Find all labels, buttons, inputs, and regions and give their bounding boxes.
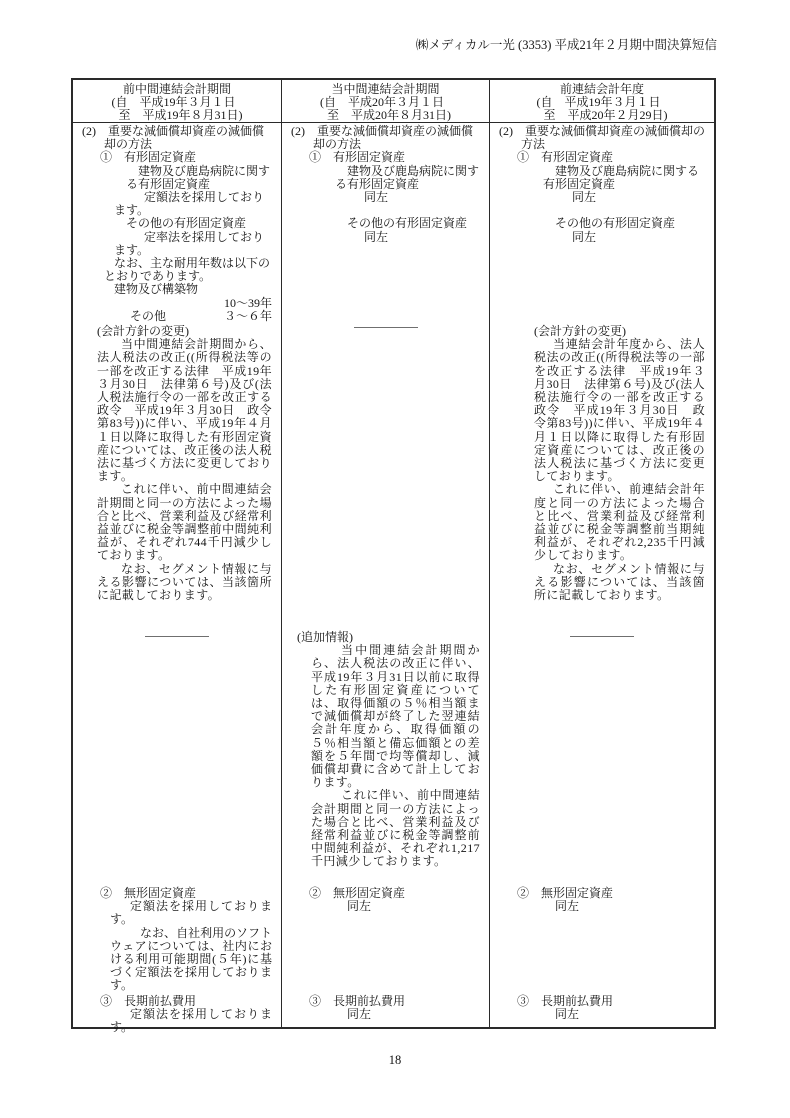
accounting-policy-table: 前中間連結会計期間 (自 平成19年３月１日 至 平成19年８月31日) 当中間… <box>71 78 716 1029</box>
document-page: ㈱メディカル一光 (3353) 平成21年２月期中間決算短信 前中間連結会計期間… <box>0 0 790 1118</box>
other-asset-label: その他の有形固定資産 <box>82 217 272 230</box>
item3-same-as-left: 同左 <box>499 1008 705 1021</box>
useful-life-row2: その他 ３～６年 <box>82 310 272 323</box>
intangible-assets-section: ② 無形固定資産 同左 <box>291 887 480 913</box>
item2-label: ② 無形固定資産 <box>309 887 480 900</box>
useful-life-row1-label: 建物及び構築物 <box>82 283 272 296</box>
longterm-prepaid-section: ③ 長期前払費用 定額法を採用しております。 <box>82 995 272 1035</box>
useful-life-note: なお、主な耐用年数は以下のとおりであります。 <box>82 257 272 283</box>
table-header-row: 前中間連結会計期間 (自 平成19年３月１日 至 平成19年８月31日) 当中間… <box>73 80 714 123</box>
period-dates: (自 平成20年３月１日 至 平成20年８月31日) <box>320 96 451 122</box>
policy-change-section: (会計方針の変更) 当連結会計年度から、法人税法の改正((所得税法等の一部を改正… <box>499 325 705 602</box>
additional-info-section: (追加情報) 当中間連結会計期間から、法人税法の改正に伴い、平成19年３月31日… <box>291 631 480 869</box>
period-date-to: 至 平成19年８月31日) <box>112 109 243 122</box>
column-header-prior-interim: 前中間連結会計期間 (自 平成19年３月１日 至 平成19年８月31日) <box>73 80 282 122</box>
period-dates: (自 平成19年３月１日 至 平成19年８月31日) <box>112 96 243 122</box>
cell-current-interim: (2) 重要な減価償却資産の減価償却の方法 ① 有形固定資産 建物及び鹿島病院に… <box>282 123 490 1027</box>
intangible-assets-section: ② 無形固定資産 同左 <box>499 887 705 913</box>
period-date-to: 至 平成20年８月31日) <box>320 109 451 122</box>
policy-change-paragraph-2: これに伴い、前連結会計年度と同一の方法によった場合と比べ、営業利益及び経常利益並… <box>499 483 705 562</box>
section-heading: (2) 重要な減価償却資産の減価償却の方法 <box>499 125 705 151</box>
policy-change-paragraph-2: これに伴い、前中間連結会計期間と同一の方法によった場合と比べ、営業利益及び経常利… <box>82 483 272 562</box>
building-asset-label: 建物及び鹿島病院に関する有形固定資産 <box>499 165 705 191</box>
other-asset-label: その他の有形固定資産 <box>291 217 480 230</box>
section-divider <box>145 636 209 637</box>
item1-label: ① 有形固定資産 <box>100 151 272 164</box>
section-divider <box>570 636 634 637</box>
document-header-title: ㈱メディカル一光 (3353) 平成21年２月期中間決算短信 <box>0 39 717 52</box>
other-asset-same-as-left: 同左 <box>291 231 480 244</box>
page-number: 18 <box>0 1054 790 1067</box>
other-asset-label: その他の有形固定資産 <box>499 217 705 230</box>
useful-life-row1-value: 10～39年 <box>82 297 272 310</box>
useful-life-row2-label: その他 <box>82 310 166 323</box>
section-divider <box>354 327 418 328</box>
longterm-prepaid-section: ③ 長期前払費用 同左 <box>291 995 480 1021</box>
item3-label: ③ 長期前払費用 <box>309 995 480 1008</box>
item2-same-as-left: 同左 <box>291 900 480 913</box>
item2-method: 定額法を採用しております。 <box>82 900 272 926</box>
building-asset-label: 建物及び鹿島病院に関する有形固定資産 <box>291 165 480 191</box>
item3-label: ③ 長期前払費用 <box>517 995 705 1008</box>
policy-change-paragraph-3: なお、セグメント情報に与える影響については、当該箇所に記載しております。 <box>499 563 705 603</box>
period-dates: (自 平成19年３月１日 至 平成20年２月29日) <box>537 96 668 122</box>
other-asset-method: 定率法を採用しております。 <box>82 231 272 257</box>
item2-label: ② 無形固定資産 <box>517 887 705 900</box>
cell-prior-fiscal-year: (2) 重要な減価償却資産の減価償却の方法 ① 有形固定資産 建物及び鹿島病院に… <box>490 123 714 1027</box>
additional-info-paragraph-2: これに伴い、前中間連結会計期間と同一の方法によった場合と比べ、営業利益及び経常利… <box>291 789 480 868</box>
period-date-to: 至 平成20年２月29日) <box>537 109 668 122</box>
additional-info-paragraph-1: 当中間連結会計期間から、法人税法の改正に伴い、平成19年３月31日以前に取得した… <box>291 644 480 789</box>
column-header-current-interim: 当中間連結会計期間 (自 平成20年３月１日 至 平成20年８月31日) <box>282 80 490 122</box>
other-asset-same-as-left: 同左 <box>499 231 705 244</box>
column-header-prior-fiscal-year: 前連結会計年度 (自 平成19年３月１日 至 平成20年２月29日) <box>490 80 714 122</box>
intangible-assets-section: ② 無形固定資産 定額法を採用しております。 なお、自社利用のソフトウェアについ… <box>82 887 272 993</box>
item2-same-as-left: 同左 <box>499 900 705 913</box>
policy-change-paragraph-3: なお、セグメント情報に与える影響については、当該箇所に記載しております。 <box>82 563 272 603</box>
cell-prior-interim: (2) 重要な減価償却資産の減価償却の方法 ① 有形固定資産 建物及び鹿島病院に… <box>73 123 282 1027</box>
useful-life-row2-value: ３～６年 <box>224 310 272 323</box>
item1-label: ① 有形固定資産 <box>517 151 705 164</box>
policy-change-paragraph-1: 当連結会計年度から、法人税法の改正((所得税法等の一部を改正する法律 平成19年… <box>499 338 705 483</box>
policy-change-section: (会計方針の変更) 当中間連結会計期間から、法人税法の改正((所得税法等の一部を… <box>82 325 272 602</box>
policy-change-paragraph-1: 当中間連結会計期間から、法人税法の改正((所得税法等の一部を改正する法律 平成1… <box>82 338 272 483</box>
section-heading: (2) 重要な減価償却資産の減価償却の方法 <box>82 125 272 151</box>
item2-software-note: なお、自社利用のソフトウェアについては、社内における利用可能期間(５年)に基づく… <box>82 927 272 993</box>
item3-method: 定額法を採用しております。 <box>82 1008 272 1034</box>
building-asset-method: 定額法を採用しております。 <box>82 191 272 217</box>
longterm-prepaid-section: ③ 長期前払費用 同左 <box>499 995 705 1021</box>
building-asset-label: 建物及び鹿島病院に関する有形固定資産 <box>82 165 272 191</box>
item1-label: ① 有形固定資産 <box>309 151 480 164</box>
section-heading: (2) 重要な減価償却資産の減価償却の方法 <box>291 125 480 151</box>
table-body-row: (2) 重要な減価償却資産の減価償却の方法 ① 有形固定資産 建物及び鹿島病院に… <box>73 123 714 1027</box>
building-asset-same-as-left: 同左 <box>291 191 480 204</box>
item3-same-as-left: 同左 <box>291 1008 480 1021</box>
building-asset-same-as-left: 同左 <box>499 191 705 204</box>
